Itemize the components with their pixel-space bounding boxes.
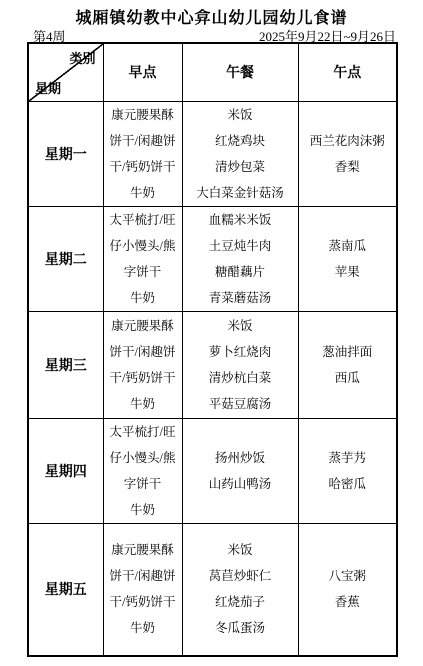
breakfast-cell: 康元腰果酥 饼干/闲趣饼 干/钙奶饼干 牛奶 — [103, 101, 182, 206]
snack-cell: 蒸芋艿 哈密瓜 — [298, 418, 397, 523]
lunch-cell: 米饭 莴苣炒虾仁 红烧茄子 冬瓜蛋汤 — [182, 523, 298, 656]
lunch-cell: 扬州炒饭 山药山鸭汤 — [182, 418, 298, 523]
day-cell: 星期一 — [28, 101, 103, 206]
breakfast-cell: 康元腰果酥 饼干/闲趣饼 干/钙奶饼干 牛奶 — [103, 311, 182, 418]
lunch-cell: 米饭 红烧鸡块 清炒包菜 大白菜金针菇汤 — [182, 101, 298, 206]
snack-cell: 西兰花肉沫粥 香梨 — [298, 101, 397, 206]
table-row-monday: 星期一 康元腰果酥 饼干/闲趣饼 干/钙奶饼干 牛奶 米饭 红烧鸡块 清炒包菜 … — [28, 101, 397, 206]
lunch-cell: 血糯米米饭 土豆炖牛肉 糖醋藕片 青菜蘑菇汤 — [182, 206, 298, 311]
breakfast-cell: 太平梳打/旺 仔小慢头/熊 字饼干 牛奶 — [103, 418, 182, 523]
header-row: 类别 星期 早点 午餐 午点 — [28, 43, 397, 101]
snack-cell: 八宝粥 香蕉 — [298, 523, 397, 656]
column-header-breakfast: 早点 — [103, 43, 182, 101]
corner-cell: 类别 星期 — [28, 43, 103, 101]
corner-category-label: 类别 — [69, 48, 95, 67]
column-header-lunch: 午餐 — [182, 43, 298, 101]
day-cell: 星期二 — [28, 206, 103, 311]
column-header-snack: 午点 — [298, 43, 397, 101]
lunch-cell: 米饭 萝卜红烧肉 清炒杭白菜 平菇豆腐汤 — [182, 311, 298, 418]
table-row-friday: 星期五 康元腰果酥 饼干/闲趣饼 干/钙奶饼干 牛奶 米饭 莴苣炒虾仁 红烧茄子… — [28, 523, 397, 656]
snack-cell: 葱油拌面 西瓜 — [298, 311, 397, 418]
breakfast-cell: 康元腰果酥 饼干/闲趣饼 干/钙奶饼干 牛奶 — [103, 523, 182, 656]
table-row-thursday: 星期四 太平梳打/旺 仔小慢头/熊 字饼干 牛奶 扬州炒饭 山药山鸭汤 蒸芋艿 … — [28, 418, 397, 523]
menu-page: 城厢镇幼教中心弇山幼儿园幼儿食谱 第4周 2025年9月22日~9月26日 类别… — [0, 0, 423, 666]
day-cell: 星期四 — [28, 418, 103, 523]
table-row-wednesday: 星期三 康元腰果酥 饼干/闲趣饼 干/钙奶饼干 牛奶 米饭 萝卜红烧肉 清炒杭白… — [28, 311, 397, 418]
day-cell: 星期五 — [28, 523, 103, 656]
corner-day-label: 星期 — [35, 78, 61, 97]
breakfast-cell: 太平梳打/旺 仔小慢头/熊 字饼干 牛奶 — [103, 206, 182, 311]
snack-cell: 蒸南瓜 苹果 — [298, 206, 397, 311]
page-title: 城厢镇幼教中心弇山幼儿园幼儿食谱 — [0, 5, 423, 28]
menu-table: 类别 星期 早点 午餐 午点 星期一 康元腰果酥 饼干/闲趣饼 干/钙奶饼干 牛… — [27, 42, 398, 657]
day-cell: 星期三 — [28, 311, 103, 418]
table-row-tuesday: 星期二 太平梳打/旺 仔小慢头/熊 字饼干 牛奶 血糯米米饭 土豆炖牛肉 糖醋藕… — [28, 206, 397, 311]
